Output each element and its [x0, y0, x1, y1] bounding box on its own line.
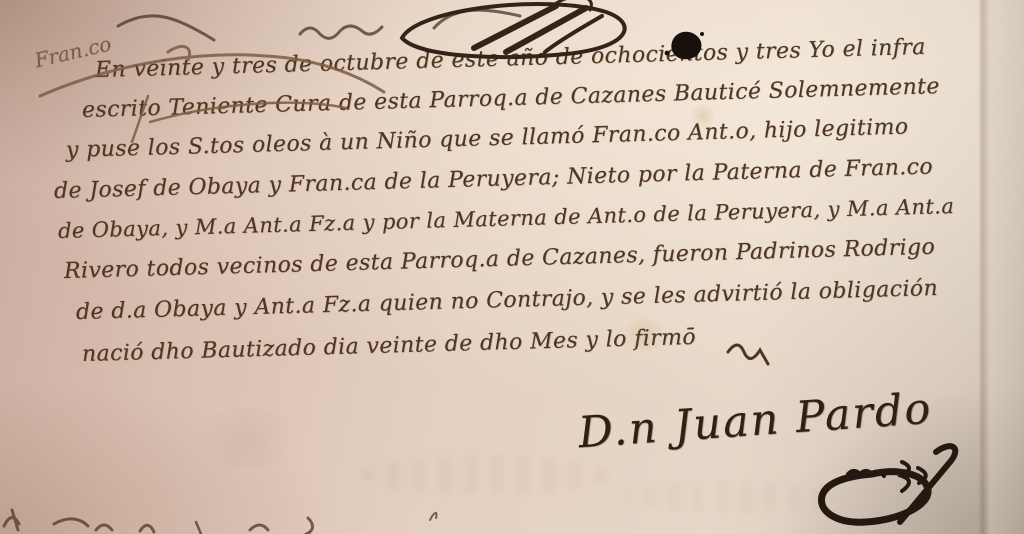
page-edge-crease	[978, 0, 1024, 534]
entry-line-8: nació dho Bautizado dia veinte de dho Me…	[82, 325, 697, 367]
verso-show-through	[360, 455, 620, 495]
verso-show-through	[620, 480, 830, 514]
entry-line-4: de Josef de Obaya y Fran.ca de la Peruye…	[54, 154, 934, 204]
firmo-rubric-mark	[728, 345, 768, 364]
priest-signature: D.n Juan Pardo	[577, 384, 934, 459]
paper-stain	[188, 408, 308, 468]
entry-line-3: y puse los S.tos oleos à un Niño que se …	[66, 114, 909, 163]
entry-line-7: de d.a Obaya y Ant.a Fz.a quien no Contr…	[76, 276, 939, 325]
manuscript-page-photo: Fran.co En veinte y tres de octubre de e…	[0, 0, 1024, 534]
signature-rubric-flourish	[821, 446, 955, 522]
entry-line-6: Rivero todos vecinos de esta Parroq.a de…	[64, 235, 936, 284]
previous-entry-cutoff-strokes	[118, 10, 520, 40]
entry-line-5: de Obaya, y M.a Ant.a Fz.a y por la Mate…	[58, 194, 955, 243]
entry-line-1: En veinte y tres de octubre de este año …	[95, 35, 926, 83]
next-entry-cutoff-strokes	[4, 510, 437, 534]
entry-line-2: escrito Teniente Cura de esta Parroq.a d…	[82, 74, 940, 123]
